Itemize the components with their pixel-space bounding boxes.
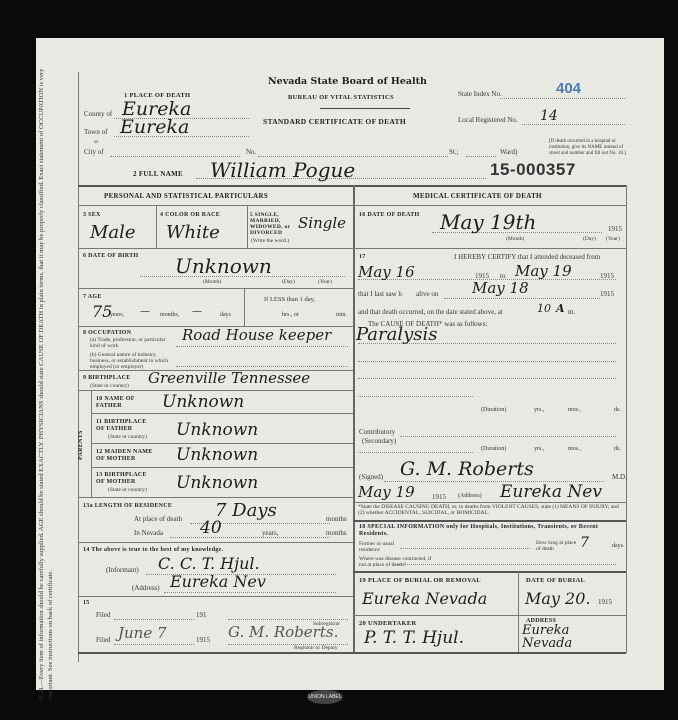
burial-date-label: DATE OF BURIAL — [526, 577, 585, 584]
secondary-label: (Secondary) — [362, 437, 396, 445]
ds-label-2: ds. — [614, 446, 621, 452]
yrs-label-1: yrs., — [534, 407, 544, 413]
margin-rule — [78, 72, 79, 662]
mos-label-1: mos., — [568, 407, 581, 413]
attended-from: May 16 — [358, 263, 415, 281]
dod-month-hint: (Month) — [506, 236, 524, 242]
father-birthplace-hint: (State or country) — [108, 434, 147, 440]
board-title: Nevada State Board of Health — [268, 76, 427, 87]
registrar-signature: G. M. Roberts. — [228, 623, 338, 641]
county-label: County of — [84, 110, 112, 118]
dod-year-hint: (Year) — [606, 236, 620, 242]
age-months: — — [140, 306, 150, 317]
last-saw-value: May 18 — [472, 279, 529, 297]
cause-value: Paralysis — [356, 324, 438, 345]
less-than-day-label: If LESS than 1 day, — [264, 296, 315, 303]
birthplace-label: 9 BIRTHPLACE — [83, 375, 131, 381]
m-label: m. — [568, 308, 575, 316]
death-ampm: A — [556, 302, 565, 315]
column-divider — [353, 185, 355, 653]
dob-day-hint: (Day) — [282, 279, 295, 285]
residence-label: 13a LENGTH OF RESIDENCE — [83, 503, 172, 509]
cause-footnote: *State the DISEASE CAUSING DEATH, or, in… — [358, 504, 624, 516]
union-label-seal: UNION LABEL — [307, 690, 343, 704]
sex-value: Male — [90, 222, 136, 243]
physician-address-label: (Address) — [458, 493, 482, 499]
birthplace-hint: (State or country) — [90, 383, 129, 389]
personal-heading: PERSONAL AND STATISTICAL PARTICULARS — [104, 192, 268, 200]
informant-heading: 14 The above is true to the best of my k… — [83, 547, 223, 553]
how-long-label: How long at place of death — [536, 540, 580, 552]
burial-date-value: May 20. — [525, 589, 591, 608]
filed-year-1: 191 — [196, 611, 207, 619]
age-label: 7 AGE — [83, 294, 102, 300]
last-saw-label: that I last saw h — [358, 290, 402, 298]
days-label: days — [220, 312, 231, 318]
informant-value: C. C. T. Hjul. — [158, 554, 260, 573]
in-nevada-label: In Nevada — [134, 529, 163, 537]
physician-signature: G. M. Roberts — [400, 458, 534, 480]
certify-num: 17 — [359, 254, 366, 260]
father-name-label: 10 NAME OF FATHER — [96, 396, 151, 410]
yrs-label-2: yrs., — [534, 446, 544, 452]
undertaker-address-value: Eureka Nevada — [522, 624, 602, 650]
signed-label: (Signed) — [359, 473, 383, 481]
how-long-value: 7 — [580, 535, 589, 551]
months-label-2: months — [326, 529, 347, 537]
last-saw-year: 1915 — [600, 290, 614, 298]
contributory-label: Contributory — [359, 428, 395, 436]
dob-year-hint: (Year) — [318, 279, 332, 285]
burial-year: 1915 — [598, 598, 612, 606]
filed-year-2: 1915 — [196, 636, 210, 644]
hospital-note: [If death occurred in a hospital or inst… — [549, 139, 627, 157]
min-label: min. — [336, 312, 347, 318]
days-label-2: days. — [612, 543, 625, 549]
town-label: Town of — [84, 128, 107, 136]
no-label: No. — [246, 148, 256, 156]
state-index-number: 404 — [556, 80, 581, 97]
side-instructions: N. B.—Every item of information should b… — [38, 60, 55, 700]
death-occurred-label: and that death occurred, on the date sta… — [358, 308, 503, 316]
occupation-a: (a) Trade, profession, or particular kin… — [90, 337, 175, 349]
registrar-label: Registrar or Deputy — [294, 645, 338, 651]
certificate-number: 15-000357 — [490, 160, 576, 180]
duration-label-1: (Duration) — [481, 407, 506, 413]
dob-month-hint: (Month) — [203, 279, 221, 285]
where-contracted-label: Where was disease contracted, if not at … — [359, 556, 439, 568]
certify-text: I HEREBY CERTIFY that I attended decease… — [454, 253, 600, 261]
mother-birthplace-label: 13 BIRTHPLACE OF MOTHER — [96, 472, 151, 486]
undertaker-value: P. T. T. Hjul. — [364, 628, 464, 648]
mother-name-label: 12 MAIDEN NAME OF MOTHER — [96, 449, 156, 463]
local-registered-label: Local Registered No. — [458, 116, 518, 124]
signed-date: May 19 — [358, 483, 415, 501]
mos-label-2: mos., — [568, 446, 581, 452]
town-value: Eureka — [120, 116, 189, 138]
st-label: St.; — [449, 148, 459, 156]
signed-year: 1915 — [432, 493, 446, 501]
years-label: years, — [110, 312, 124, 318]
informant-address-label: (Address) — [132, 584, 160, 592]
months-label: months, — [160, 312, 179, 318]
filed-heading: 15 — [83, 600, 90, 606]
burial-place-label: 19 PLACE OF BURIAL OR REMOVAL — [359, 577, 481, 584]
state-index-label: State Index No. — [458, 90, 502, 98]
filed-label-1: Filed — [96, 611, 110, 619]
city-label: City of — [84, 148, 104, 156]
dod-day-hint: (Day) — [583, 236, 596, 242]
dob-value: Unknown — [175, 254, 272, 278]
mother-birthplace-value: Unknown — [176, 473, 258, 493]
marital-label: 5 SINGLE, MARRIED, WIDOWED, or DIVORCED — [250, 212, 300, 236]
full-name-value: William Pogue — [210, 158, 355, 182]
certificate-title: STANDARD CERTIFICATE OF DEATH — [263, 117, 406, 126]
mother-name-value: Unknown — [176, 445, 258, 465]
father-birthplace-value: Unknown — [176, 420, 258, 440]
ds-label-1: ds. — [614, 407, 621, 413]
filed-date-value: June 7 — [118, 624, 167, 642]
marital-value: Single — [298, 214, 346, 232]
dod-year: 1915 — [608, 225, 622, 233]
former-residence-label: Former or usual residence — [359, 541, 399, 553]
death-hour: 10 — [537, 302, 551, 315]
dob-label: 6 DATE OF BIRTH — [83, 253, 138, 259]
burial-place-value: Eureka Nevada — [362, 589, 487, 608]
at-place-value: 7 Days — [215, 500, 277, 521]
race-value: White — [166, 222, 220, 243]
mother-birthplace-hint: (State or country) — [108, 487, 147, 493]
race-label: 4 COLOR OR RACE — [160, 212, 220, 218]
physician-address-value: Eureka Nev — [500, 482, 602, 502]
undertaker-label: 20 UNDERTAKER — [359, 620, 417, 627]
age-days: — — [192, 306, 202, 317]
father-name-value: Unknown — [162, 392, 244, 412]
birthplace-value: Greenville Tennessee — [148, 369, 310, 387]
informant-label: (Informant) — [106, 566, 139, 574]
in-nevada-value: 40 — [200, 518, 222, 538]
months-label-1: months — [326, 515, 347, 523]
sex-label: 3 SEX — [83, 212, 101, 218]
informant-address-value: Eureka Nev — [170, 572, 266, 591]
dod-value: May 19th — [440, 210, 536, 234]
dod-label: 16 DATE OF DEATH — [359, 212, 420, 218]
father-birthplace-label: 11 BIRTHPLACE OF FATHER — [96, 419, 151, 433]
attended-to: May 19 — [515, 262, 572, 280]
full-name-label: 2 FULL NAME — [133, 170, 183, 178]
alive-on-label: alive on — [416, 290, 438, 298]
marital-hint: (Write the word.) — [251, 238, 289, 244]
md-label: M.D. — [612, 473, 627, 481]
occupation-value: Road House keeper — [182, 326, 331, 344]
duration-label-2: (Duration) — [481, 446, 506, 452]
ward-label: Ward) — [500, 148, 517, 156]
occupation-b: (b) General nature of industry, business… — [90, 352, 175, 370]
hrs-label: hrs., or — [282, 312, 299, 318]
at-place-label: At place of death — [134, 515, 182, 523]
bureau-title: BUREAU OF VITAL STATISTICS — [288, 94, 394, 101]
local-registered-value: 14 — [540, 108, 558, 124]
filed-label-2: Filed — [96, 636, 110, 644]
attended-to-year: 1915 — [600, 272, 614, 280]
parents-label: PARENTS — [78, 430, 84, 460]
or-label: or — [94, 140, 98, 145]
medical-heading: MEDICAL CERTIFICATE OF DEATH — [413, 192, 542, 200]
years-label-2: years, — [262, 529, 279, 537]
occupation-label: 8 OCCUPATION — [83, 330, 131, 336]
